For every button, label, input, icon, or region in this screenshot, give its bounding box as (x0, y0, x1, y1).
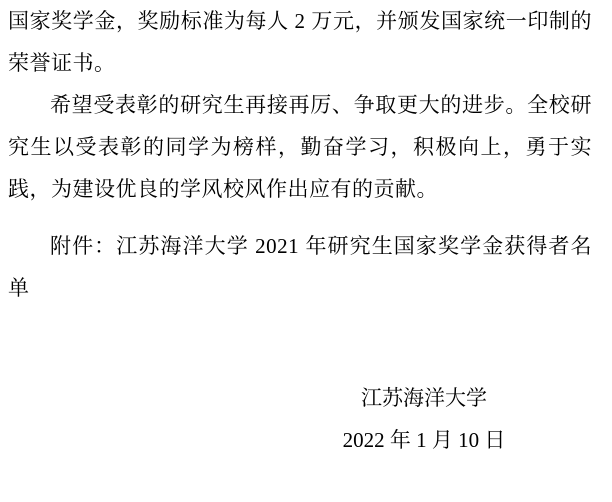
signoff-block: 江苏海洋大学 2022 年 1 月 10 日 (338, 377, 510, 461)
paragraph-hope: 希望受表彰的研究生再接再厉、争取更大的进步。全校研究生以受表彰的同学为榜样，勤奋… (8, 84, 592, 210)
signoff-organization: 江苏海洋大学 (338, 377, 510, 419)
attachment-line: 附件：江苏海洋大学 2021 年研究生国家奖学金获得者名单 (8, 225, 592, 309)
document-page: 国家奖学金，奖励标准为每人 2 万元，并颁发国家统一印制的荣誉证书。 希望受表彰… (0, 0, 612, 502)
signoff-date: 2022 年 1 月 10 日 (338, 419, 510, 461)
paragraph-scholarship-continuation: 国家奖学金，奖励标准为每人 2 万元，并颁发国家统一印制的荣誉证书。 (8, 0, 592, 84)
